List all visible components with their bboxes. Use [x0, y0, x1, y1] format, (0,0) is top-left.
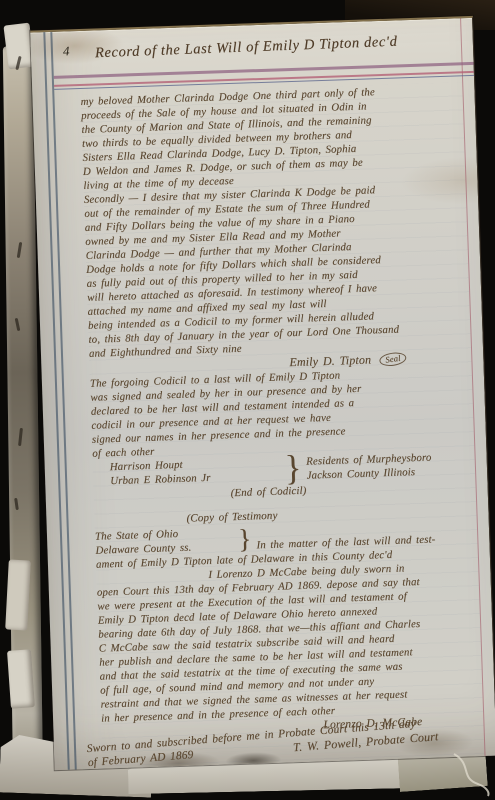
handwritten-body: my beloved Mother Clarinda Dodge One thi… [80, 82, 484, 770]
brace-mark: } [284, 453, 302, 485]
residence-line: Jackson County Illinois [306, 465, 432, 483]
testatrix-signature: Emily D. Tipton [289, 352, 371, 369]
curled-page-edge [7, 649, 35, 709]
scanned-probate-record-photo: 4 Record of the Last Will of Emily D Tip… [0, 0, 495, 800]
binding-thread [448, 750, 494, 798]
page-number: 4 [63, 43, 70, 59]
matter-caption: In the matter of the last will and test- [256, 518, 436, 552]
witness-residence: Residents of Murpheysboro Jackson County… [306, 450, 432, 484]
left-margin-rule [43, 32, 69, 770]
ledger-page: 4 Record of the Last Will of Emily D Tip… [30, 16, 495, 770]
seal-mark: Seal [378, 350, 407, 367]
record-title: Record of the Last Will of Emily D Tipto… [95, 34, 398, 63]
brace-mark: } [238, 525, 252, 553]
curled-page-edge [5, 559, 31, 630]
